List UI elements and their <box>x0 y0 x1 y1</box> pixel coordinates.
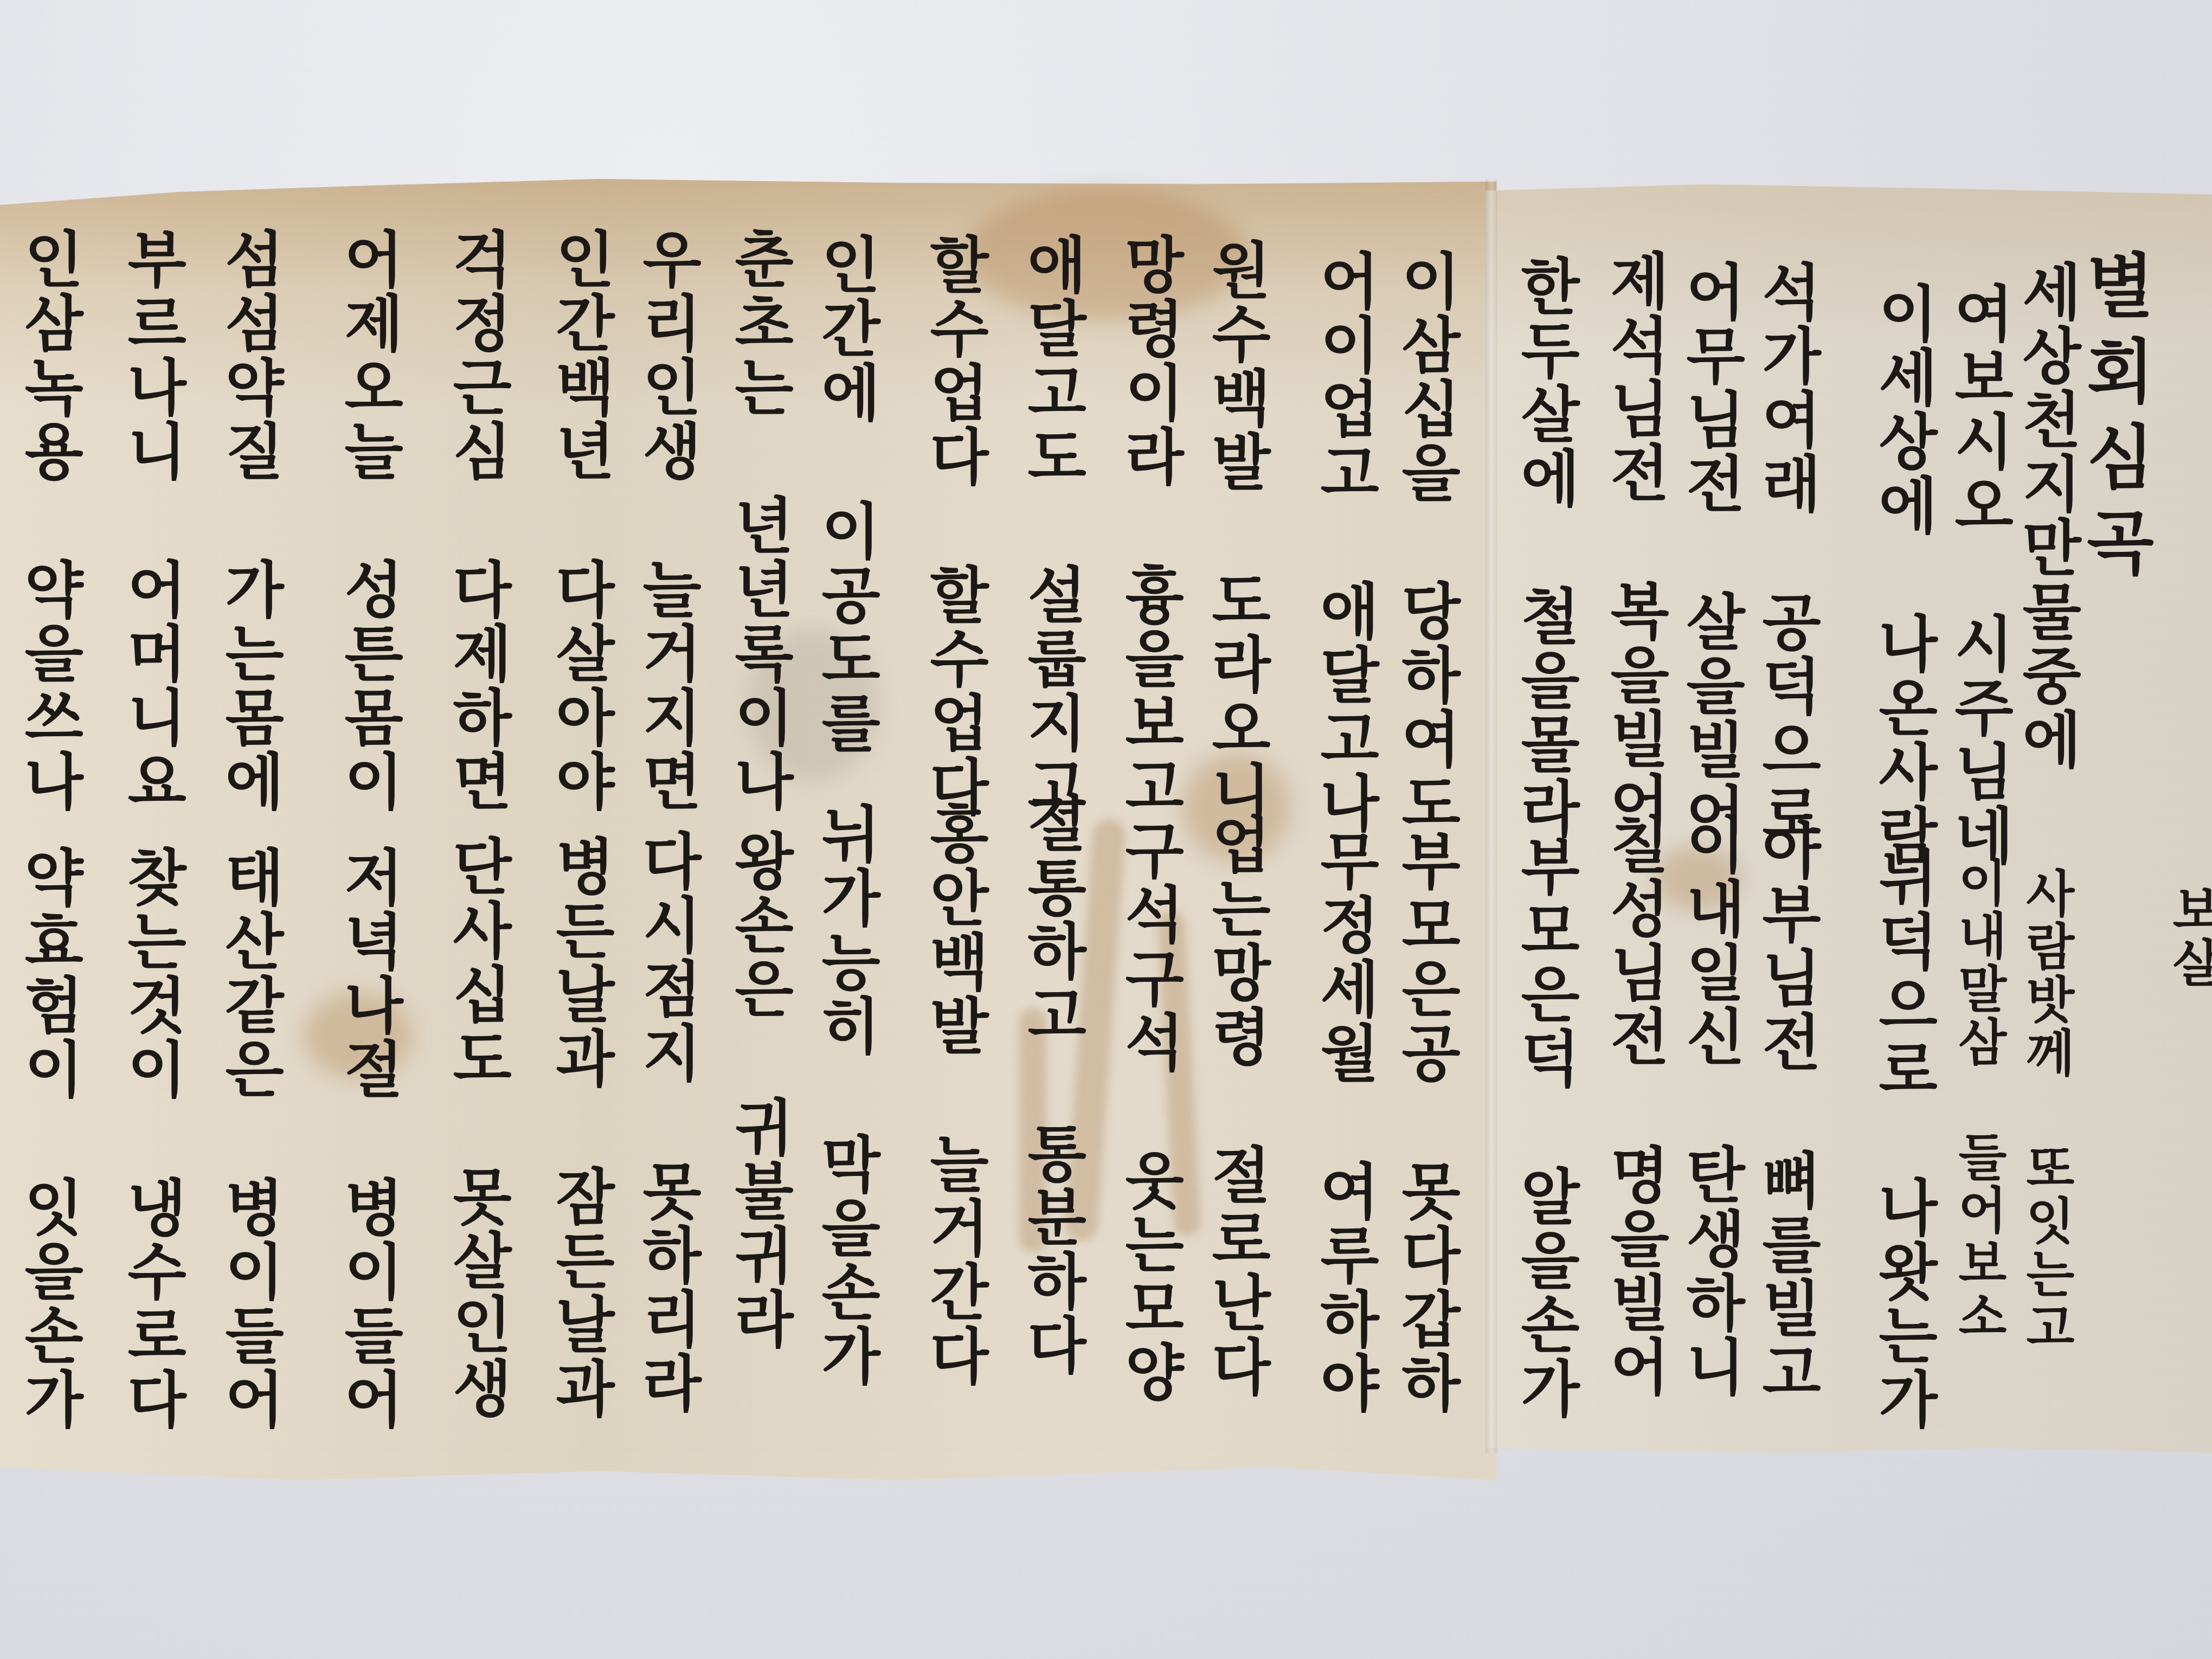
column-upper-text: 어이업고 애달고나 <box>1314 249 1375 835</box>
manuscript-scroll: 보살 별회심곡 세상천지만물중에 사람밧께 또잇는고 여보시오 시주님네 이내말… <box>0 179 2212 1480</box>
column-lower-text: 단사십도 못살인생 <box>447 835 507 1421</box>
document-title: 별회심곡 <box>2080 249 2149 592</box>
column-upper-text: 어제오늘 성튼몸이 <box>338 228 399 814</box>
column-upper-text: 인간에 이공도를 <box>815 233 876 755</box>
text-column: 어무님전 살을빌어 이내일신 탄생하니 <box>1678 179 1743 1480</box>
column-lower-text: 저녁나절 병이들어 <box>338 846 399 1432</box>
text-column: 걱정근심 다제하면 단사십도 못살인생 <box>445 179 510 1480</box>
column-lower-text: 찾는것이 냉수로다 <box>121 846 182 1432</box>
column-upper-text: 할수업다 할수업다 <box>924 233 985 819</box>
column-upper-text: 춘초는 년년록이나 <box>729 228 789 814</box>
text-column: 여보시오 시주님네 이내말삼 들어보소 <box>1946 179 2011 1480</box>
text-column: 석가여래 공덕으로 아부님전 뼈를빌고 <box>1754 179 1819 1480</box>
column-upper-text: 어무님전 살을빌어 <box>1680 260 1741 846</box>
text-column: 한두살에 철을몰라 부모은덕 알을손가 <box>1513 179 1578 1480</box>
column-lower-text: 부모은덕 알을손가 <box>1515 835 1576 1421</box>
column-lower-text: 뉘가능히 막을손가 <box>815 802 876 1388</box>
column-lower-text: 홍안백발 늘거간다 <box>924 802 985 1388</box>
column-upper-text: 이세상에 나온사람 <box>1873 282 1933 868</box>
text-column: 애달고도 설룹지고 절통하고 통분하다 <box>1019 179 1084 1480</box>
title-column: 별회심곡 <box>2076 179 2152 1480</box>
text-column: 제석님전 복을빌어 칠성님전 명을빌어 <box>1602 179 1667 1480</box>
column-upper-text: 이삼십을 당하여도 <box>1396 249 1456 835</box>
text-column: 할수업다 할수업다 홍안백발 늘거간다 <box>922 179 987 1480</box>
column-lower-text: 부모은공 못다갑하 <box>1396 829 1456 1416</box>
column-upper-text: 제석님전 복을빌어 <box>1604 249 1665 835</box>
column-lower-text: 아부님전 뼈를빌고 <box>1756 819 1817 1405</box>
text-column: 섬섬약질 가는몸에 태산같은 병이들어 <box>217 179 282 1480</box>
text-column: 춘초는 년년록이나 왕손은 귀불귀라 <box>726 179 792 1480</box>
text-column: 이세상에 나온사람 뉘덕으로 나왓는가 <box>1870 179 1935 1480</box>
column-lower-text: 뉘덕으로 나왓는가 <box>1873 846 1933 1432</box>
text-columns: 보살 별회심곡 세상천지만물중에 사람밧께 또잇는고 여보시오 시주님네 이내말… <box>0 179 2212 1480</box>
column-lower-text: 왕손은 귀불귀라 <box>729 829 789 1352</box>
column-lower-text: 보살 <box>2168 884 2212 990</box>
column-lower-text: 절통하고 통분하다 <box>1021 792 1082 1378</box>
column-lower-text: 이내일신 탄생하니 <box>1680 813 1741 1399</box>
column-upper-text: 여보시오 시주님네 <box>1949 282 2009 868</box>
column-upper-text: 석가여래 공덕으로 <box>1756 260 1817 846</box>
text-column: 망령이라 흉을보고 구석구석 웃는모양 <box>1117 179 1182 1480</box>
column-upper-text: 한두살에 철을몰라 <box>1515 255 1576 841</box>
column-upper-text: 인삼녹용 약을쓰나 <box>18 228 79 814</box>
column-lower-text: 다시점지 못하리라 <box>636 829 697 1416</box>
text-column: 인간에 이공도를 뉘가능히 막을손가 <box>813 179 878 1480</box>
column-lower-text: 태산같은 병이들어 <box>219 846 280 1432</box>
column-upper-text: 걱정근심 다제하면 <box>447 228 507 814</box>
column-upper-text: 부르나니 어머니요 <box>121 228 182 814</box>
column-upper-text: 망령이라 흉을보고 <box>1119 233 1180 819</box>
text-column: 세상천지만물중에 사람밧께 또잇는고 <box>2014 179 2079 1480</box>
column-lower-text: 이내말삼 들어보소 <box>1954 857 2004 1343</box>
text-column: 인간백년 다살아야 병든날과 잠든날과 <box>548 179 613 1480</box>
text-column: 이삼십을 당하여도 부모은공 못다갑하 <box>1393 179 1458 1480</box>
column-upper-text: 세상천지만물중에 <box>2016 260 2077 772</box>
text-column: 원수백발 도라오니 업는망령 절로난다 <box>1204 179 1269 1480</box>
column-upper-text: 원수백발 도라오니 <box>1206 239 1266 825</box>
column-lower-text: 업는망령 절로난다 <box>1206 813 1266 1399</box>
column-upper-text: 애달고도 설룹지고 <box>1021 233 1082 819</box>
column-lower-text: 병든날과 잠든날과 <box>550 835 610 1421</box>
text-column: 인삼녹용 약을쓰나 약효험이 잇을손가 <box>16 179 81 1480</box>
column-upper-text: 인간백년 다살아야 <box>550 228 610 814</box>
column-lower-text: 무정세월 여루하야 <box>1314 829 1375 1416</box>
column-lower-text: 구석구석 웃는모양 <box>1119 819 1180 1405</box>
column-lower-text: 칠성님전 명을빌어 <box>1604 813 1665 1399</box>
column-lower-text: 사람밧께 또잇는고 <box>2022 867 2072 1354</box>
column-upper-text: 섬섬약질 가는몸에 <box>219 228 280 814</box>
column-upper-text: 우리인생 늘거지면 <box>636 228 697 814</box>
text-column: 우리인생 늘거지면 다시점지 못하리라 <box>634 179 699 1480</box>
text-column: 보살 <box>2160 179 2212 1480</box>
column-lower-text: 약효험이 잇을손가 <box>18 846 79 1432</box>
text-column: 부르나니 어머니요 찾는것이 냉수로다 <box>119 179 184 1480</box>
text-column: 어이업고 애달고나 무정세월 여루하야 <box>1312 179 1377 1480</box>
text-column: 어제오늘 성튼몸이 저녁나절 병이들어 <box>336 179 401 1480</box>
